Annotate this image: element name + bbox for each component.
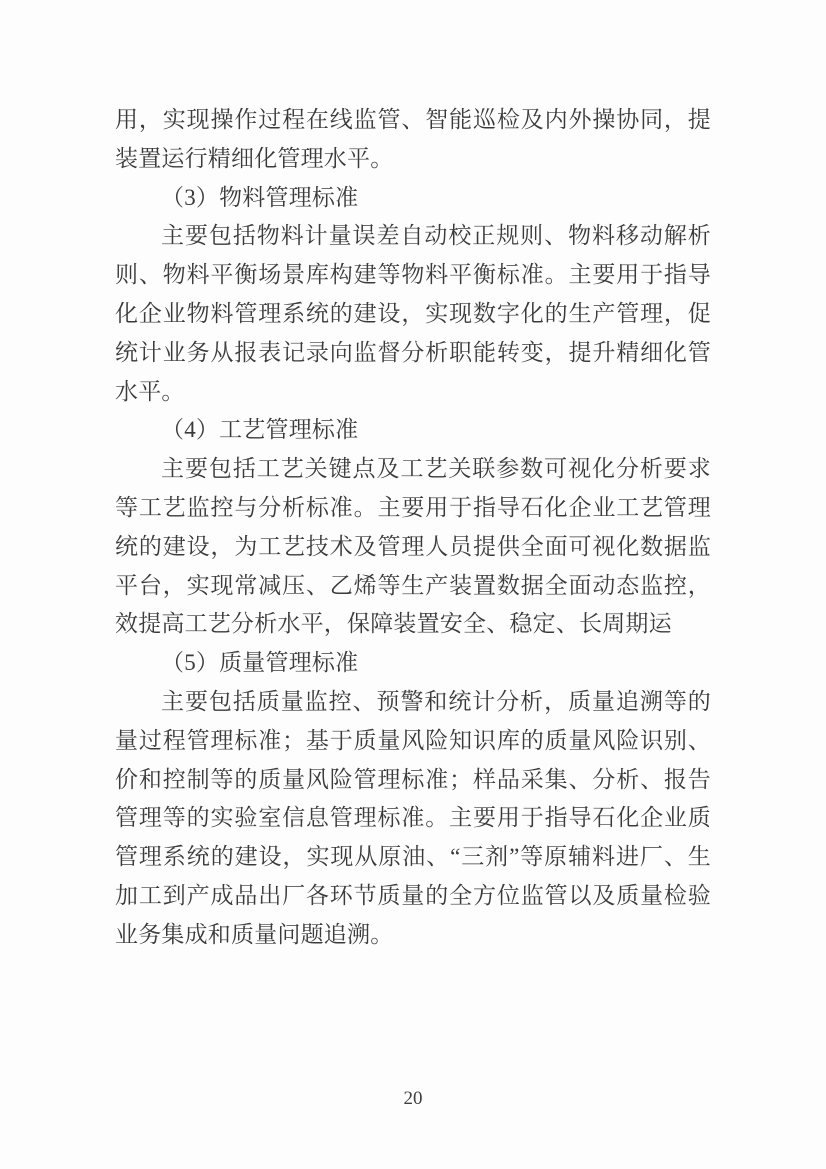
text-line: 化企业物料管理系统的建设，实现数字化的生产管理，促进 [115, 295, 711, 334]
text-line: 则、物料平衡场景库构建等物料平衡标准。主要用于指导石 [115, 256, 711, 295]
text-line: 主要包括工艺关键点及工艺关联参数可视化分析要求 [115, 450, 711, 489]
section-heading: （5）质量管理标准 [115, 644, 711, 683]
text-line: 主要包括物料计量误差自动校正规则、物料移动解析规 [115, 217, 711, 256]
text-line: 管理系统的建设，实现从原油、“三剂”等原辅料进厂、生产 [115, 838, 711, 877]
section-heading: （3）物料管理标准 [115, 179, 711, 218]
page-number: 20 [0, 1086, 826, 1112]
text-line: 统计业务从报表记录向监督分析职能转变，提升精细化管理 [115, 334, 711, 373]
text-line: 等工艺监控与分析标准。主要用于指导石化企业工艺管理系 [115, 489, 711, 528]
text-line: 业务集成和质量问题追溯。 [115, 916, 711, 955]
page-body-text: 用，实现操作过程在线监管、智能巡检及内外操协同，提高装置运行精细化管理水平。（3… [115, 101, 711, 955]
text-line: 量过程管理标准；基于质量风险知识库的质量风险识别、评 [115, 722, 711, 761]
heading-line: （4）工艺管理标准 [115, 411, 711, 450]
body-paragraph: 用，实现操作过程在线监管、智能巡检及内外操协同，提高装置运行精细化管理水平。 [115, 101, 711, 179]
body-paragraph: 主要包括物料计量误差自动校正规则、物料移动解析规则、物料平衡场景库构建等物料平衡… [115, 217, 711, 411]
text-line: 效提高工艺分析水平，保障装置安全、稳定、长周期运行。 [115, 605, 711, 644]
text-line: 主要包括质量监控、预警和统计分析，质量追溯等的质 [115, 683, 711, 722]
text-line: 装置运行精细化管理水平。 [115, 140, 711, 179]
text-line: 水平。 [115, 373, 711, 412]
text-line: 用，实现操作过程在线监管、智能巡检及内外操协同，提高 [115, 101, 711, 140]
body-paragraph: 主要包括工艺关键点及工艺关联参数可视化分析要求等工艺监控与分析标准。主要用于指导… [115, 450, 711, 644]
text-line: 统的建设，为工艺技术及管理人员提供全面可视化数据监控 [115, 528, 711, 567]
text-line: 加工到产成品出厂各环节质量的全方位监管以及质量检验 [115, 877, 711, 916]
text-line: 价和控制等的质量风险管理标准；样品采集、分析、报告和 [115, 761, 711, 800]
text-line: 平台，实现常减压、乙烯等生产装置数据全面动态监控，有 [115, 567, 711, 606]
section-heading: （4）工艺管理标准 [115, 411, 711, 450]
heading-line: （5）质量管理标准 [115, 644, 711, 683]
heading-line: （3）物料管理标准 [115, 179, 711, 218]
document-page: 用，实现操作过程在线监管、智能巡检及内外操协同，提高装置运行精细化管理水平。（3… [0, 0, 826, 1169]
text-line: 管理等的实验室信息管理标准。主要用于指导石化企业质量 [115, 799, 711, 838]
body-paragraph: 主要包括质量监控、预警和统计分析，质量追溯等的质量过程管理标准；基于质量风险知识… [115, 683, 711, 955]
